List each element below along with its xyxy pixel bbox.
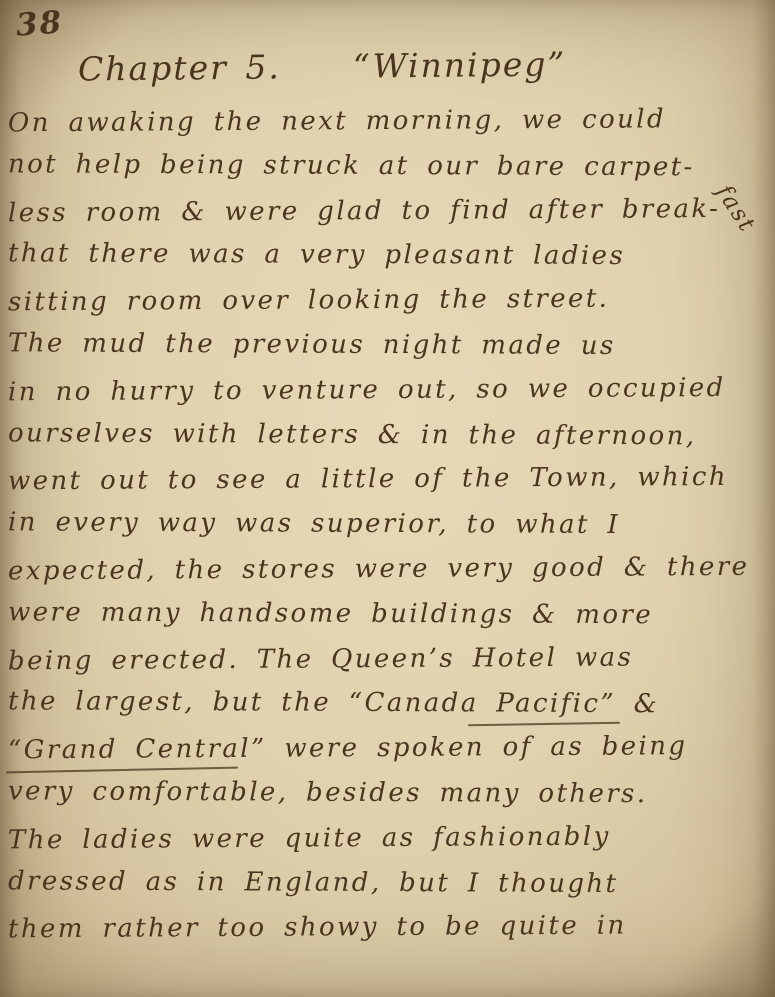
manuscript-line: “Grand Central” were spoken of as being xyxy=(8,724,770,773)
manuscript-line: The ladies were quite as fashionably xyxy=(8,813,770,862)
manuscript-line: were many handsome buildings & more xyxy=(8,590,770,638)
manuscript-line: the largest, but the “Canada Pacific” & xyxy=(8,680,770,728)
manuscript-line: sitting room over looking the street. xyxy=(8,276,770,325)
manuscript-line: The mud the previous night made us xyxy=(8,321,770,369)
manuscript-line: in every way was superior, to what I xyxy=(8,501,770,549)
manuscript-line: not help being struck at our bare carpet… xyxy=(8,142,770,190)
manuscript-line: less room & were glad to find after brea… xyxy=(8,186,770,235)
manuscript-body: On awaking the next morning, we could no… xyxy=(8,99,770,950)
chapter-heading: Chapter 5. “Winnipeg” xyxy=(78,42,755,88)
manuscript-line: being erected. The Queen’s Hotel was xyxy=(8,634,770,683)
chapter-title: “Winnipeg” xyxy=(353,44,567,85)
manuscript-page: 38 Chapter 5. “Winnipeg” On awaking the … xyxy=(0,0,775,997)
manuscript-line: On awaking the next morning, we could xyxy=(8,97,770,146)
chapter-label: Chapter 5. xyxy=(78,47,281,88)
manuscript-line: went out to see a little of the Town, wh… xyxy=(8,455,770,504)
manuscript-line: that there was a very pleasant ladies xyxy=(8,232,770,280)
page-number: 38 xyxy=(15,4,65,43)
manuscript-line: ourselves with letters & in the afternoo… xyxy=(8,411,770,459)
manuscript-line: them rather too showy to be quite in xyxy=(8,903,770,952)
manuscript-line: very comfortable, besides many others. xyxy=(8,769,770,817)
manuscript-line: dressed as in England, but I thought xyxy=(8,859,770,907)
manuscript-line: expected, the stores were very good & th… xyxy=(8,545,770,594)
manuscript-line: in no hurry to venture out, so we occupi… xyxy=(8,365,770,414)
